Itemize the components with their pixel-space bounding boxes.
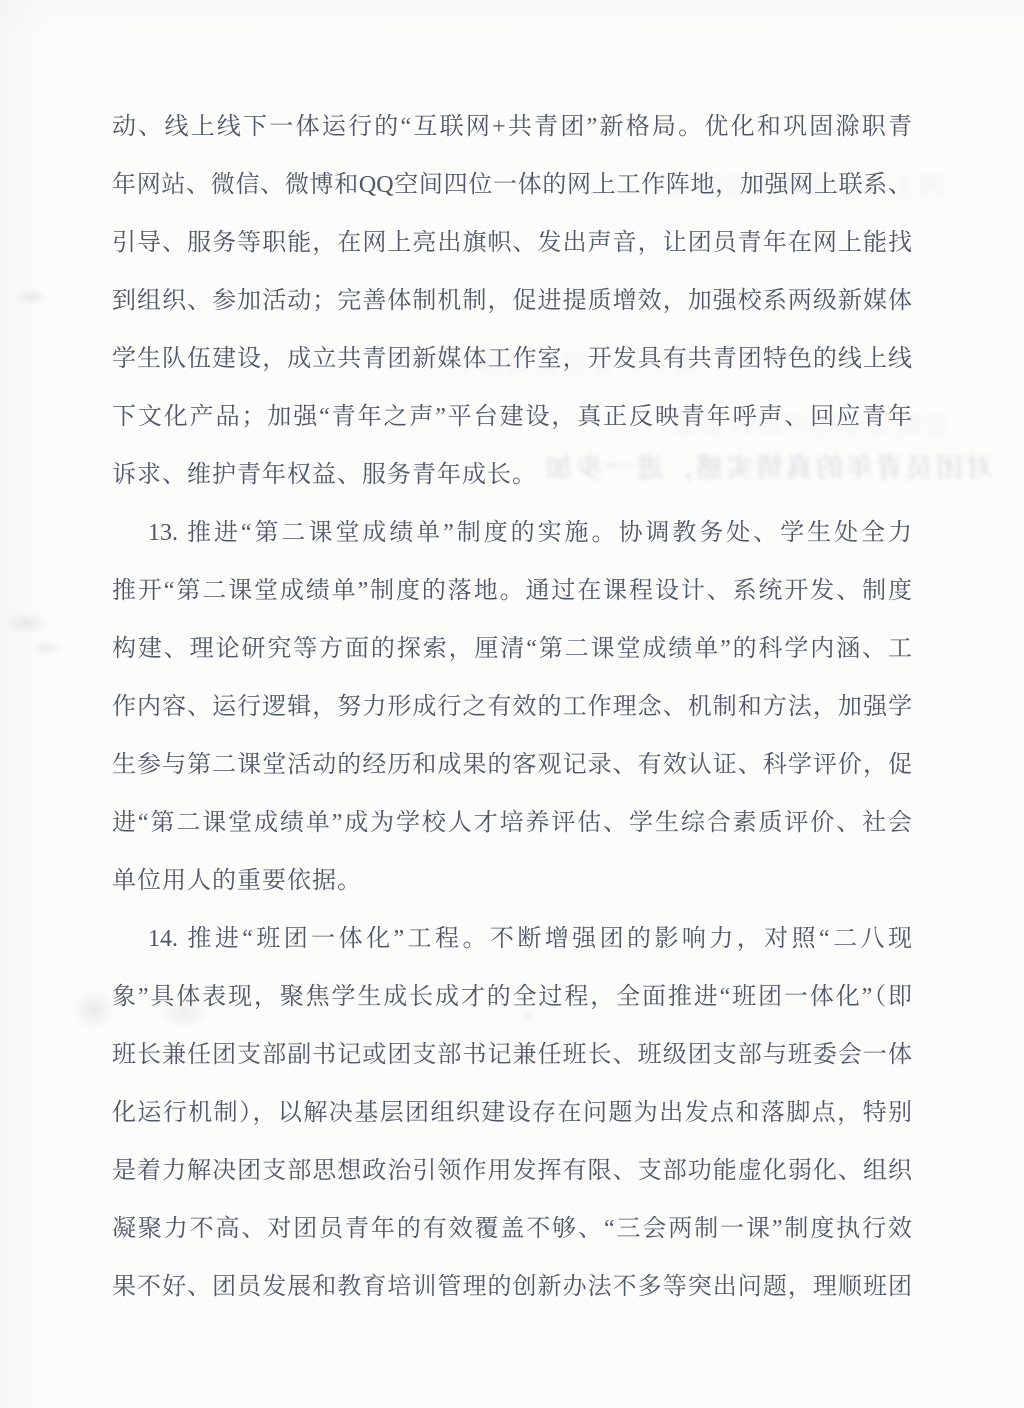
scanned-document-page: 对团员青年的真情实感，进一步加 网上工作阵地建设情况 成立共青团新媒体工作 反映… (0, 0, 1024, 1408)
text-line: 果不好、团员发展和教育培训管理的创新办法不多等突出问题，理顺班团 (112, 1258, 912, 1316)
text-line: 14. 推进“班团一体化”工程。不断增强团的影响力，对照“二八现 (112, 910, 912, 968)
text-line: 象”具体表现，聚焦学生成长成才的全过程，全面推进“班团一体化”（即 (112, 968, 912, 1026)
scan-smudge (14, 288, 48, 306)
text-line: 班长兼任团支部副书记或团支部书记兼任班长、班级团支部与班委会一体 (112, 1026, 912, 1084)
text-line: 单位用人的重要依据。 (112, 852, 912, 910)
paragraph-item-13: 13. 推进“第二课堂成绩单”制度的实施。协调教务处、学生处全力 推开“第二课堂… (112, 504, 912, 910)
text-line: 动、线上线下一体运行的“互联网+共青团”新格局。优化和巩固滁职青 (112, 98, 912, 156)
scan-smudge (30, 640, 64, 656)
text-line: 引导、服务等职能，在网上亮出旗帜、发出声音，让团员青年在网上能找 (112, 214, 912, 272)
text-line: 诉求、维护青年权益、服务青年成长。 (112, 446, 912, 504)
text-line: 进“第二课堂成绩单”成为学校人才培养评估、学生综合素质评价、社会 (112, 794, 912, 852)
text-line: 凝聚力不高、对团员青年的有效覆盖不够、“三会两制一课”制度执行效 (112, 1200, 912, 1258)
scan-smudge (72, 990, 116, 1030)
text-line: 下文化产品；加强“青年之声”平台建设，真正反映青年呼声、回应青年 (112, 388, 912, 446)
scan-smudge (2, 612, 50, 634)
paragraph-item-14: 14. 推进“班团一体化”工程。不断增强团的影响力，对照“二八现 象”具体表现，… (112, 910, 912, 1316)
text-line: 作内容、运行逻辑，努力形成行之有效的工作理念、机制和方法，加强学 (112, 678, 912, 736)
document-body: 动、线上线下一体运行的“互联网+共青团”新格局。优化和巩固滁职青 年网站、微信、… (112, 98, 912, 1316)
paragraph-continued: 动、线上线下一体运行的“互联网+共青团”新格局。优化和巩固滁职青 年网站、微信、… (112, 98, 912, 504)
text-line: 13. 推进“第二课堂成绩单”制度的实施。协调教务处、学生处全力 (112, 504, 912, 562)
text-line: 生参与第二课堂活动的经历和成果的客观记录、有效认证、科学评价，促 (112, 736, 912, 794)
text-line: 是着力解决团支部思想政治引领作用发挥有限、支部功能虚化弱化、组织 (112, 1142, 912, 1200)
text-line: 年网站、微信、微博和QQ空间四位一体的网上工作阵地，加强网上联系、 (112, 156, 912, 214)
text-line: 推开“第二课堂成绩单”制度的落地。通过在课程设计、系统开发、制度 (112, 562, 912, 620)
text-line: 学生队伍建设，成立共青团新媒体工作室，开发具有共青团特色的线上线 (112, 330, 912, 388)
text-line: 到组织、参加活动；完善体制机制，促进提质增效，加强校系两级新媒体 (112, 272, 912, 330)
text-line: 化运行机制），以解决基层团组织建设存在问题为出发点和落脚点，特别 (112, 1084, 912, 1142)
text-line: 构建、理论研究等方面的探索，厘清“第二课堂成绩单”的科学内涵、工 (112, 620, 912, 678)
